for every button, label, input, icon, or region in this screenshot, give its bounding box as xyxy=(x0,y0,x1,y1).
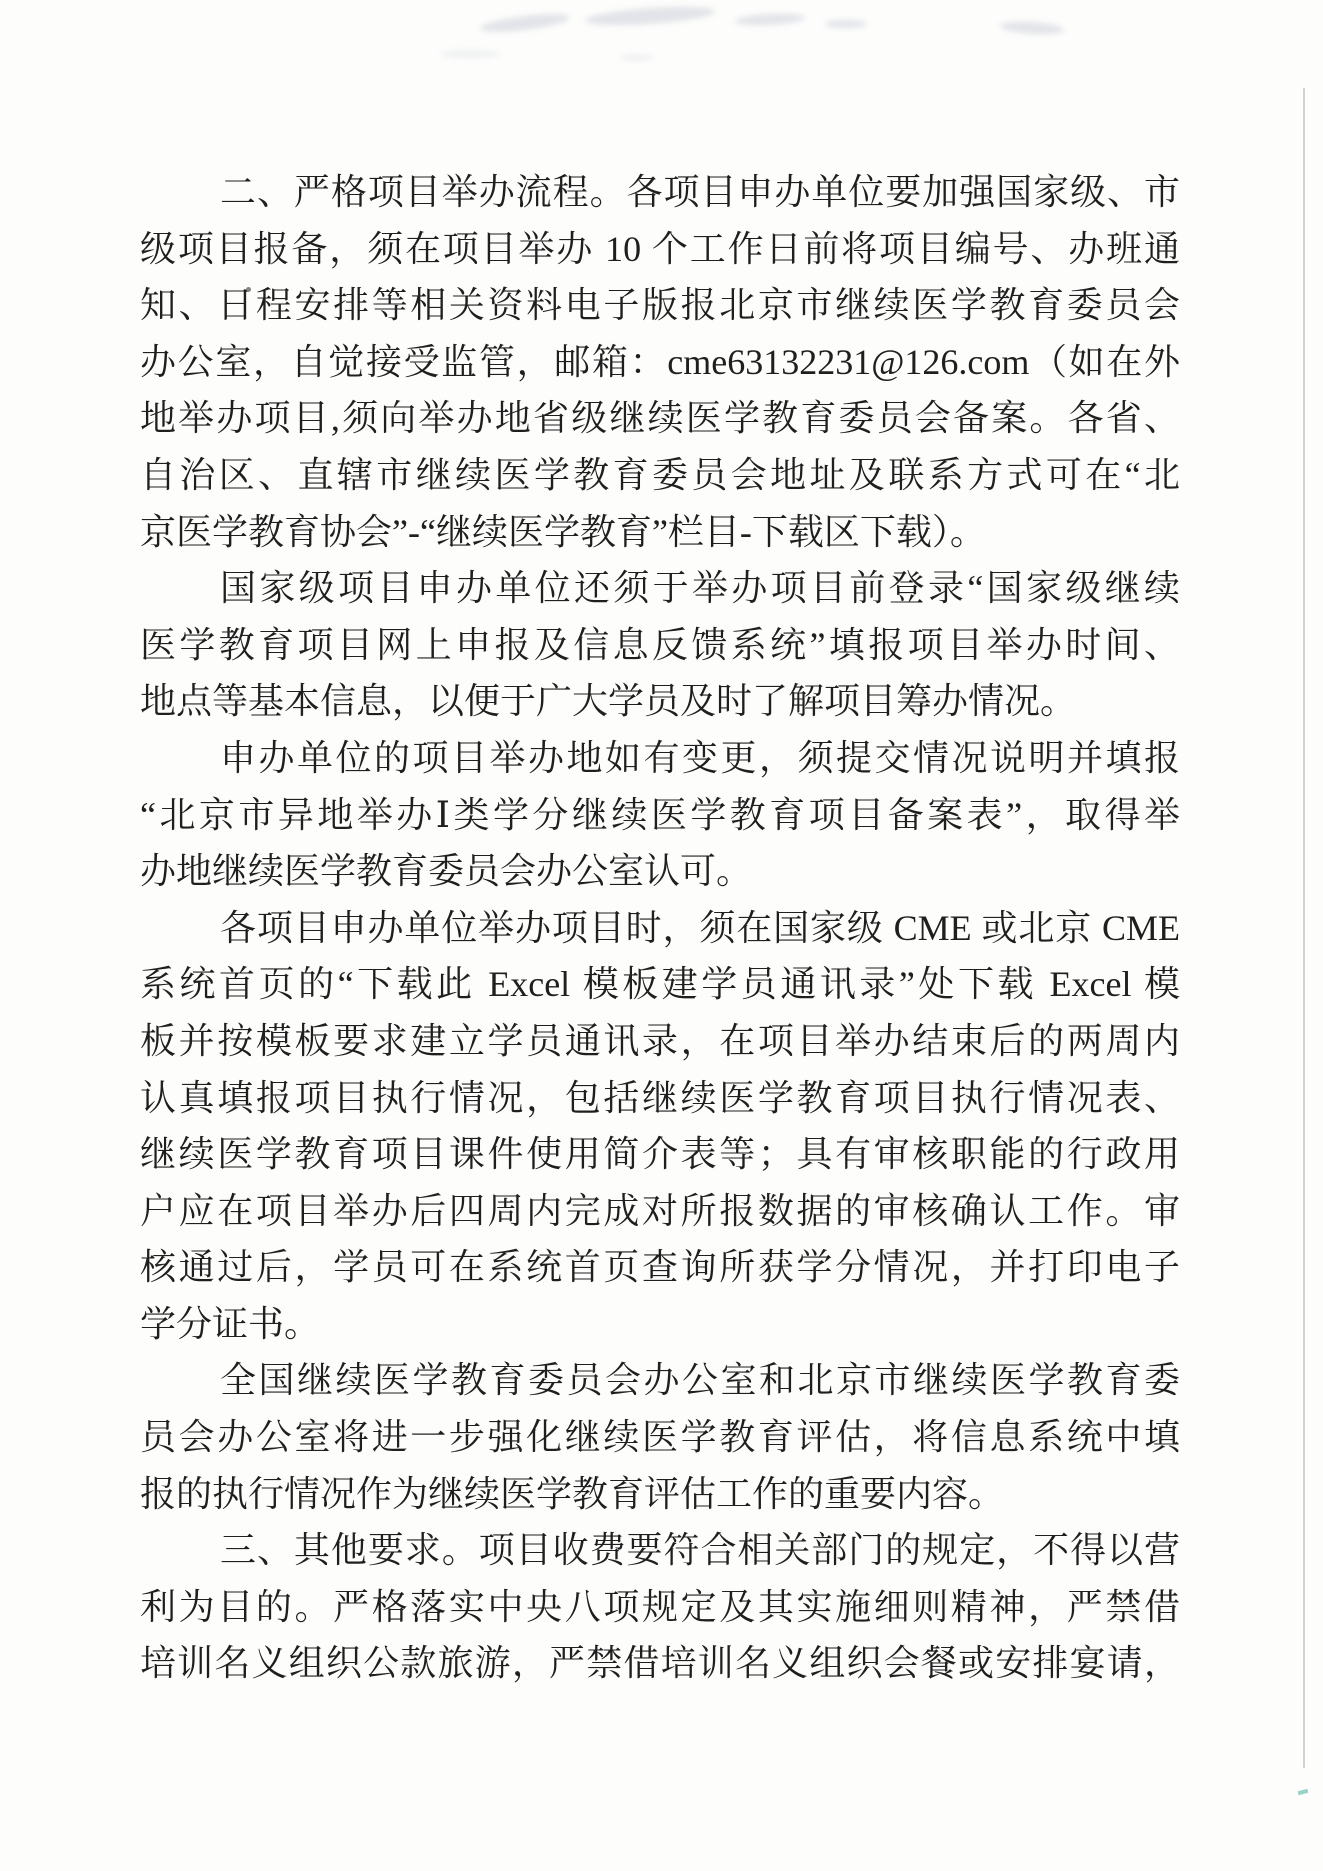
document-page: 二、严格项目举办流程。各项目申办单位要加强国家级、市 级项目报备，须在项目举办 … xyxy=(0,0,1323,1871)
text-line: 认真填报项目执行情况，包括继续医学教育项目执行情况表、 xyxy=(140,1070,1180,1127)
text-line: 地举办项目,须向举办地省级继续医学教育委员会备案。各省、 xyxy=(140,390,1180,447)
scanner-speck xyxy=(1298,1789,1309,1795)
document-text-block: 二、严格项目举办流程。各项目申办单位要加强国家级、市 级项目报备，须在项目举办 … xyxy=(140,164,1180,1692)
text-line: 培训名义组织公款旅游，严禁借培训名义组织会餐或安排宴请， xyxy=(140,1635,1180,1692)
scan-smudge xyxy=(825,20,867,28)
text-line: 户应在项目举办后四周内完成对所报数据的审核确认工作。审 xyxy=(140,1183,1180,1240)
scan-smudge xyxy=(1000,20,1065,36)
text-line: 学分证书。 xyxy=(140,1296,1180,1353)
text-line: 办地继续医学教育委员会办公室认可。 xyxy=(140,843,1180,900)
text-line: 全国继续医学教育委员会办公室和北京市继续医学教育委 xyxy=(140,1352,1180,1409)
text-line: 报的执行情况作为继续医学教育评估工作的重要内容。 xyxy=(140,1466,1180,1523)
scan-smudge xyxy=(620,54,654,61)
scan-smudge xyxy=(479,11,570,36)
text-line: 核通过后，学员可在系统首页查询所获学分情况，并打印电子 xyxy=(140,1239,1180,1296)
text-line: 国家级项目申办单位还须于举办项目前登录“国家级继续 xyxy=(140,560,1180,617)
text-line: 继续医学教育项目课件使用简介表等；具有审核职能的行政用 xyxy=(140,1126,1180,1183)
scan-smudge xyxy=(440,50,500,58)
text-line: 二、严格项目举办流程。各项目申办单位要加强国家级、市 xyxy=(140,164,1180,221)
text-line: 知、日程安排等相关资料电子版报北京市继续医学教育委员会 xyxy=(140,277,1180,334)
scan-edge-line xyxy=(1303,88,1305,1768)
text-line: 各项目申办单位举办项目时，须在国家级 CME 或北京 CME xyxy=(140,900,1180,957)
text-line: 系统首页的“下载此 Excel 模板建学员通讯录”处下载 Excel 模 xyxy=(140,956,1180,1013)
text-line: 级项目报备，须在项目举办 10 个工作日前将项目编号、办班通 xyxy=(140,221,1180,278)
text-line: 利为目的。严格落实中央八项规定及其实施细则精神，严禁借 xyxy=(140,1579,1180,1636)
scan-smudge xyxy=(735,12,805,27)
text-line: 三、其他要求。项目收费要符合相关部门的规定，不得以营 xyxy=(140,1522,1180,1579)
text-line: 京医学教育协会”-“继续医学教育”栏目-下载区下载）。 xyxy=(140,504,1180,561)
text-line: 板并按模板要求建立学员通讯录，在项目举办结束后的两周内 xyxy=(140,1013,1180,1070)
text-line: 医学教育项目网上申报及信息反馈系统”填报项目举办时间、 xyxy=(140,617,1180,674)
text-line: “北京市异地举办Ⅰ类学分继续医学教育项目备案表”，取得举 xyxy=(140,787,1180,844)
text-line: 申办单位的项目举办地如有变更，须提交情况说明并填报 xyxy=(140,730,1180,787)
text-line: 员会办公室将进一步强化继续医学教育评估，将信息系统中填 xyxy=(140,1409,1180,1466)
text-line: 办公室，自觉接受监管，邮箱：cme63132231@126.com（如在外 xyxy=(140,334,1180,391)
scan-smudge xyxy=(585,3,716,28)
text-line: 地点等基本信息，以便于广大学员及时了解项目筹办情况。 xyxy=(140,673,1180,730)
text-line: 自治区、直辖市继续医学教育委员会地址及联系方式可在“北 xyxy=(140,447,1180,504)
